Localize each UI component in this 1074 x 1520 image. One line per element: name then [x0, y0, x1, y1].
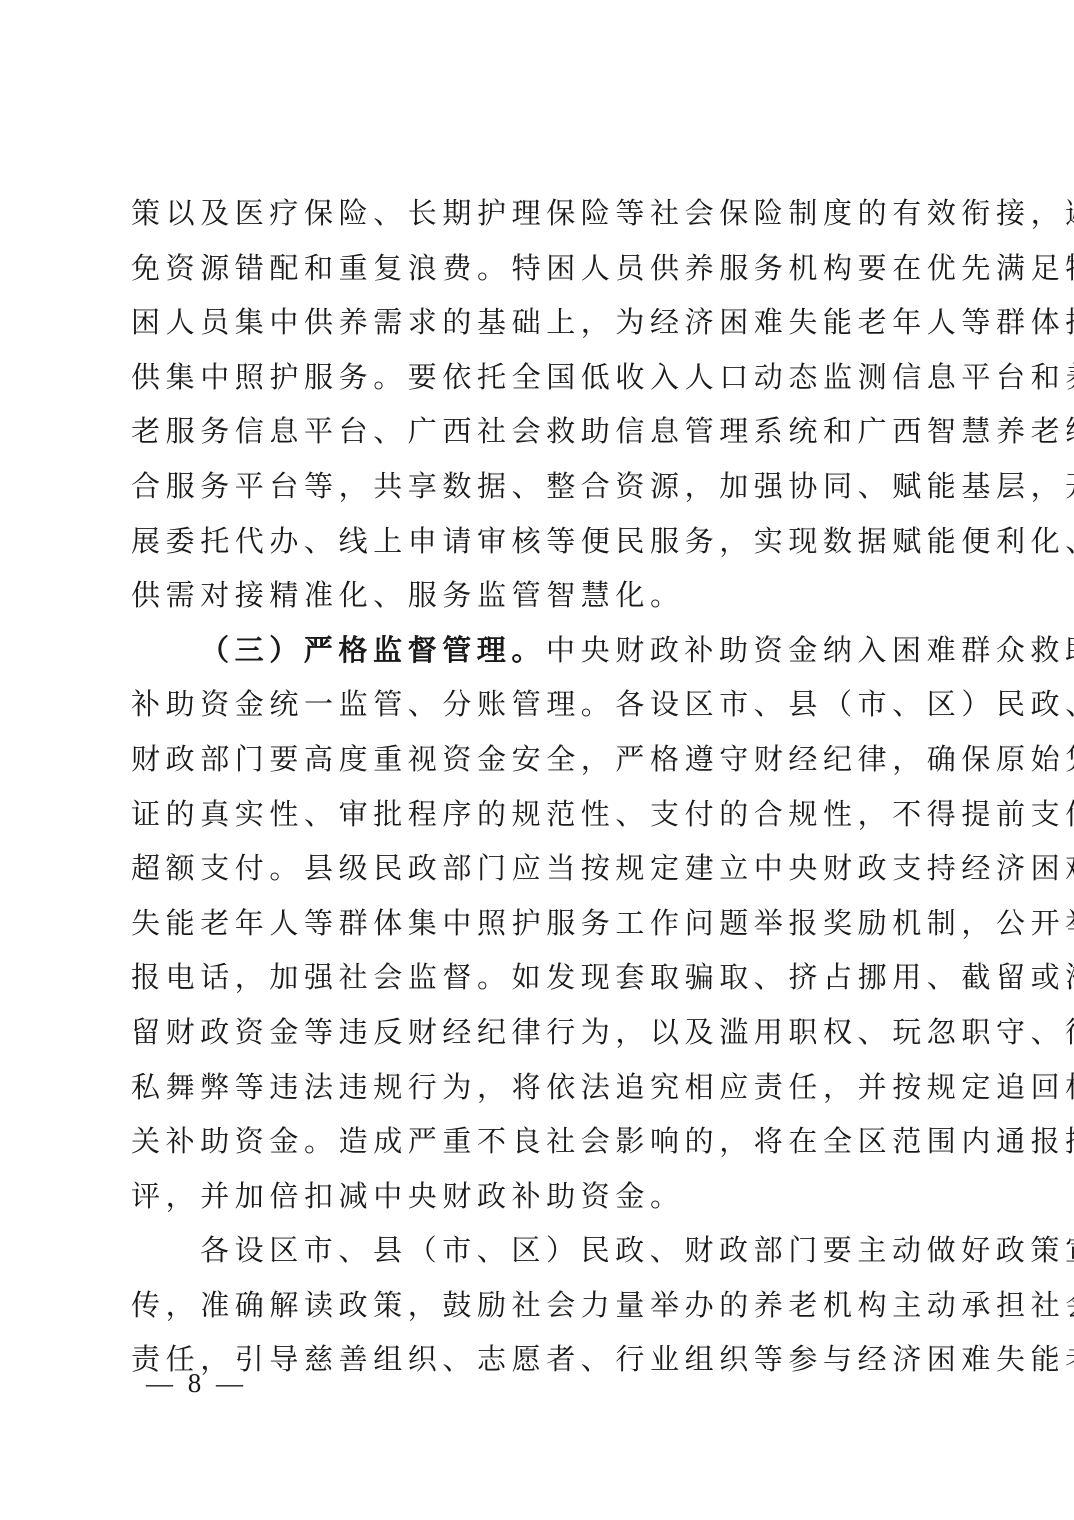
- text-line: 失能老年人等群体集中照护服务工作问题举报奖励机制，公开举: [131, 896, 945, 951]
- text-line: 展委托代办、线上申请审核等便民服务，实现数据赋能便利化、: [131, 514, 945, 569]
- text-line: 合服务平台等，共享数据、整合资源，加强协同、赋能基层，开: [131, 459, 945, 514]
- text-line: 财政部门要高度重视资金安全，严格遵守财经纪律，确保原始凭: [131, 732, 945, 787]
- text-line: 各设区市、县（市、区）民政、财政部门要主动做好政策宣: [131, 1223, 945, 1278]
- text-line: 困人员集中供养需求的基础上，为经济困难失能老年人等群体提: [131, 295, 945, 350]
- page-number: — 8 —: [146, 1368, 247, 1399]
- text-line: 私舞弊等违法违规行为，将依法追究相应责任，并按规定追回相: [131, 1060, 945, 1115]
- text-line: 留财政资金等违反财经纪律行为，以及滥用职权、玩忽职守、徇: [131, 1005, 945, 1060]
- document-body: 策以及医疗保险、长期护理保险等社会保险制度的有效衔接，避 免资源错配和重复浪费。…: [131, 186, 945, 1387]
- text-line: 评，并加倍扣减中央财政补助资金。: [131, 1169, 945, 1224]
- text-line: 补助资金统一监管、分账管理。各设区市、县（市、区）民政、: [131, 677, 945, 732]
- text-line: 传，准确解读政策，鼓励社会力量举办的养老机构主动承担社会: [131, 1278, 945, 1333]
- text-line: 供需对接精准化、服务监管智慧化。: [131, 568, 945, 623]
- paragraph-1: 策以及医疗保险、长期护理保险等社会保险制度的有效衔接，避 免资源错配和重复浪费。…: [131, 186, 945, 623]
- text-line: 供集中照护服务。要依托全国低收入人口动态监测信息平台和养: [131, 350, 945, 405]
- paragraph-3: 各设区市、县（市、区）民政、财政部门要主动做好政策宣 传，准确解读政策，鼓励社会…: [131, 1223, 945, 1387]
- section-heading: （三）严格监督管理。: [200, 633, 546, 667]
- text-line: 老服务信息平台、广西社会救助信息管理系统和广西智慧养老综: [131, 404, 945, 459]
- text-line: 报电话，加强社会监督。如发现套取骗取、挤占挪用、截留或滞: [131, 950, 945, 1005]
- text-line: 证的真实性、审批程序的规范性、支付的合规性，不得提前支付、: [131, 787, 945, 842]
- text-line: 关补助资金。造成严重不良社会影响的，将在全区范围内通报批: [131, 1114, 945, 1169]
- text-run: 中央财政补助资金纳入困难群众救助: [546, 633, 1074, 667]
- text-line: 超额支付。县级民政部门应当按规定建立中央财政支持经济困难: [131, 841, 945, 896]
- text-line: 责任，引导慈善组织、志愿者、行业组织等参与经济困难失能老: [131, 1332, 945, 1387]
- text-line: 策以及医疗保险、长期护理保险等社会保险制度的有效衔接，避: [131, 186, 945, 241]
- paragraph-section-3: （三）严格监督管理。中央财政补助资金纳入困难群众救助 补助资金统一监管、分账管理…: [131, 623, 945, 1224]
- section-heading-line: （三）严格监督管理。中央财政补助资金纳入困难群众救助: [131, 623, 945, 678]
- text-line: 免资源错配和重复浪费。特困人员供养服务机构要在优先满足特: [131, 241, 945, 296]
